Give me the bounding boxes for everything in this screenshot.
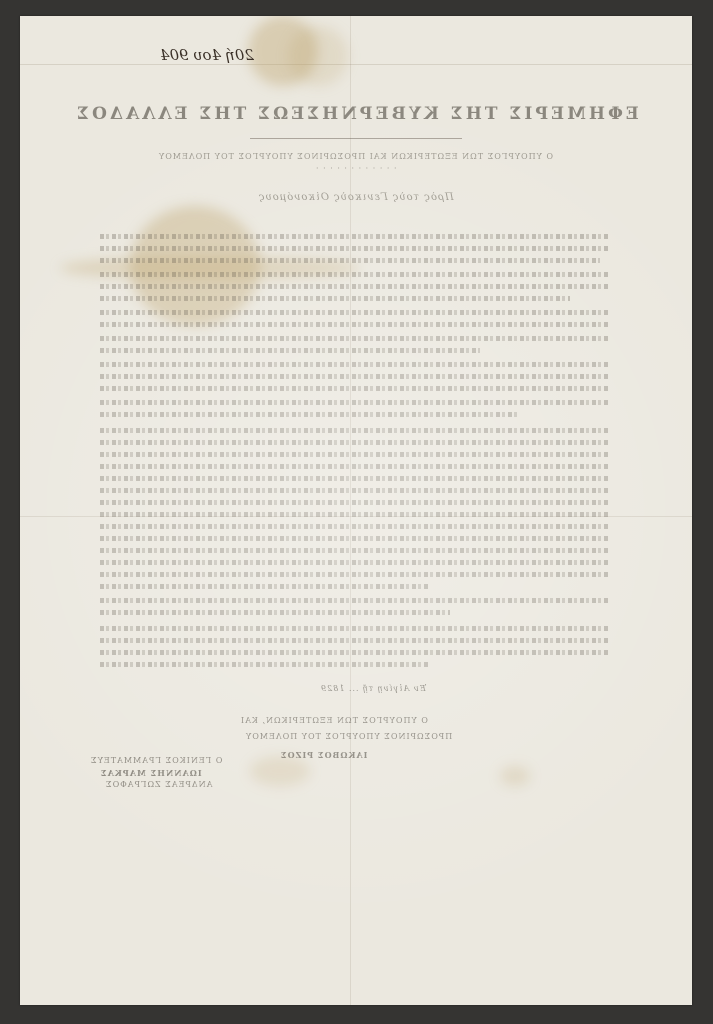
countersign-line-3: ΑΝΔΡΕΑΣ ΖΩΓΡΑΦΟΣ xyxy=(105,780,212,789)
handwritten-note: 20ή 4ου 904 xyxy=(160,46,254,64)
title-underline xyxy=(250,138,462,139)
water-stain-large xyxy=(130,206,260,326)
subtitle-line-1: Ο ΥΠΟΥΡΓΟΣ ΤΩΝ ΕΞΩΤΕΡΙΚΩΝ ΚΑΙ ΠΡΟΣΩΡΙΝΟΣ… xyxy=(20,152,692,161)
countersign-line-2: ΙΩΑΝΝΗΣ ΜΑΡΚΑΣ xyxy=(100,768,202,778)
document-sheet: 20ή 4ου 904 ΕΦΗΜΕΡΙΣ ΤΗΣ ΚΥΒΕΡΝΗΣΕΩΣ ΤΗΣ… xyxy=(20,16,692,1005)
salutation: Πρὸς τοὺς Γενικοὺς Οἰκονόμους xyxy=(20,192,692,203)
countersign-line-1: Ο ΓΕΝΙΚΟΣ ΓΡΑΜΜΑΤΕΥΣ xyxy=(90,756,222,765)
signature-line-3: ΙΑΚΩΒΟΣ ΡΙΖΟΣ xyxy=(280,750,367,760)
water-stain-streak xyxy=(60,256,360,280)
water-stain-bottom-left xyxy=(250,756,310,786)
top-rule xyxy=(20,64,692,65)
horizontal-fold-line xyxy=(20,516,692,517)
vertical-fold-line xyxy=(350,16,351,1005)
subtitle-line-2: · · · · · · · · · · · · xyxy=(20,164,692,173)
water-stain-top-right xyxy=(288,26,348,86)
place-date-line: Ἐν Αἰγίνῃ τῇ ... 1829 xyxy=(320,684,427,693)
signature-line-2: ΠΡΟΣΩΡΙΝΟΣ ΥΠΟΥΡΓΟΣ ΤΟΥ ΠΟΛΕΜΟΥ xyxy=(245,732,452,741)
water-stain-small xyxy=(500,766,530,786)
water-stain-top xyxy=(248,16,318,86)
gazette-title: ΕΦΗΜΕΡΙΣ ΤΗΣ ΚΥΒΕΡΝΗΣΕΩΣ ΤΗΣ ΕΛΛΑΔΟΣ xyxy=(20,104,692,124)
signature-line-1: Ο ΥΠΟΥΡΓΟΣ ΤΩΝ ΕΞΩΤΕΡΙΚΩΝ, ΚΑΙ xyxy=(240,716,428,725)
